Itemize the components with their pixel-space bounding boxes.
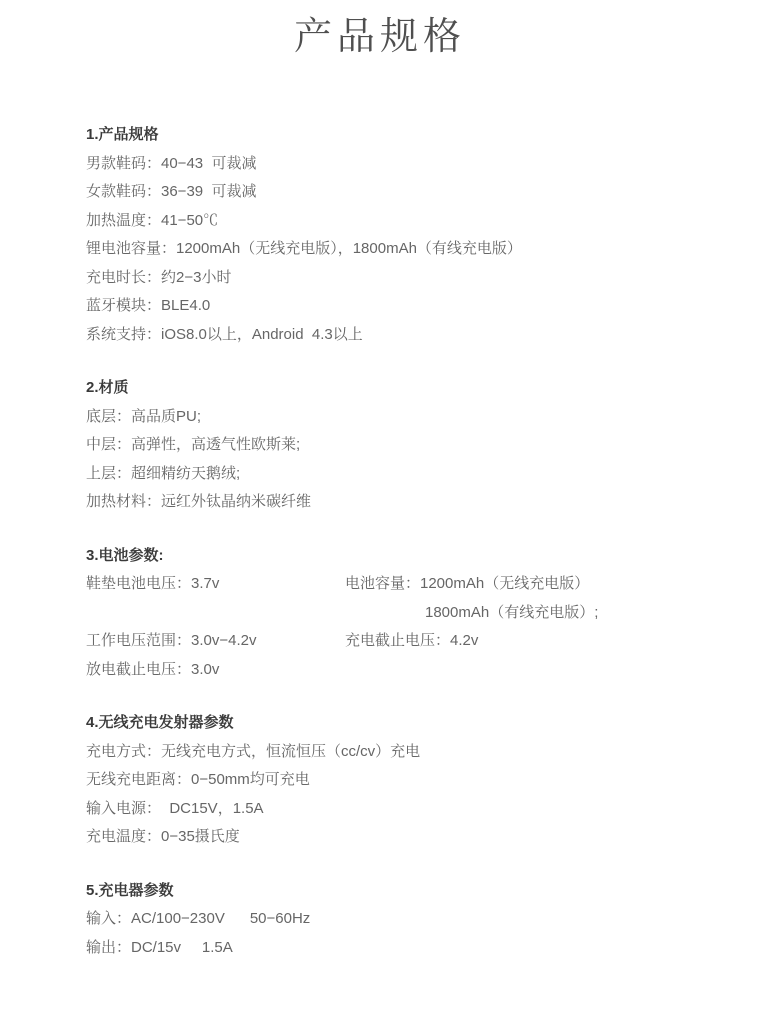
- spec-cell-capacity-wired: 1800mAh（有线充电版）;: [345, 599, 700, 628]
- section-heading: 3.电池参数:: [86, 542, 700, 571]
- section-battery-params: 3.电池参数: 鞋垫电池电压：3.7v 电池容量：1200mAh（无线充电版） …: [86, 542, 700, 685]
- spec-line-charge-duration: 充电时长：约2−3小时: [86, 264, 700, 293]
- spec-line-charge-temp: 充电温度：0−35摄氏度: [86, 823, 700, 852]
- spec-cell-discharge-cutoff: 放电截止电压：3.0v: [86, 656, 345, 685]
- spec-row-voltage-capacity: 鞋垫电池电压：3.7v 电池容量：1200mAh（无线充电版）: [86, 570, 700, 599]
- spec-cell-empty: [86, 599, 345, 628]
- spec-row-capacity-continuation: 1800mAh（有线充电版）;: [86, 599, 700, 628]
- spec-row-working-cutoff: 工作电压范围：3.0v−4.2v 充电截止电压：4.2v: [86, 627, 700, 656]
- spec-cell-battery-capacity: 电池容量：1200mAh（无线充电版）: [345, 570, 700, 599]
- spec-line-heating-temp: 加热温度：41−50℃: [86, 207, 700, 236]
- spec-line-top-layer: 上层：超细精纺天鹅绒;: [86, 460, 700, 489]
- spec-line-bluetooth-module: 蓝牙模块：BLE4.0: [86, 292, 700, 321]
- spec-row-discharge-cutoff: 放电截止电压：3.0v: [86, 656, 700, 685]
- spec-line-charger-input: 输入：AC/100−230V 50−60Hz: [86, 905, 700, 934]
- spec-line-heating-material: 加热材料：远红外钛晶纳米碳纤维: [86, 488, 700, 517]
- spec-line-wireless-distance: 无线充电距离：0−50mm均可充电: [86, 766, 700, 795]
- spec-line-bottom-layer: 底层：高品质PU;: [86, 403, 700, 432]
- spec-content: 1.产品规格 男款鞋码：40−43 可裁减 女款鞋码：36−39 可裁减 加热温…: [0, 121, 760, 962]
- section-wireless-charger-params: 4.无线充电发射器参数 充电方式：无线充电方式，恒流恒压（cc/cv）充电 无线…: [86, 709, 700, 852]
- section-product-specs: 1.产品规格 男款鞋码：40−43 可裁减 女款鞋码：36−39 可裁减 加热温…: [86, 121, 700, 349]
- section-heading: 1.产品规格: [86, 121, 700, 150]
- page-title: 产品规格: [0, 0, 760, 61]
- spec-line-charge-method: 充电方式：无线充电方式，恒流恒压（cc/cv）充电: [86, 738, 700, 767]
- spec-cell-charge-cutoff: 充电截止电压：4.2v: [345, 627, 700, 656]
- spec-line-battery-capacity: 锂电池容量：1200mAh（无线充电版），1800mAh（有线充电版）: [86, 235, 700, 264]
- spec-line-input-power: 输入电源： DC15V，1.5A: [86, 795, 700, 824]
- spec-cell-working-voltage: 工作电压范围：3.0v−4.2v: [86, 627, 345, 656]
- spec-line-charger-output: 输出：DC/15v 1.5A: [86, 934, 700, 963]
- section-heading: 5.充电器参数: [86, 877, 700, 906]
- spec-line-men-shoe-size: 男款鞋码：40−43 可裁减: [86, 150, 700, 179]
- spec-cell-insole-voltage: 鞋垫电池电压：3.7v: [86, 570, 345, 599]
- spec-line-women-shoe-size: 女款鞋码：36−39 可裁减: [86, 178, 700, 207]
- section-materials: 2.材质 底层：高品质PU; 中层：高弹性，高透气性欧斯莱; 上层：超细精纺天鹅…: [86, 374, 700, 517]
- spec-line-middle-layer: 中层：高弹性，高透气性欧斯莱;: [86, 431, 700, 460]
- section-heading: 2.材质: [86, 374, 700, 403]
- section-heading: 4.无线充电发射器参数: [86, 709, 700, 738]
- product-spec-document: 产品规格 1.产品规格 男款鞋码：40−43 可裁减 女款鞋码：36−39 可裁…: [0, 0, 760, 1030]
- spec-cell-empty: [345, 656, 700, 685]
- section-charger-params: 5.充电器参数 输入：AC/100−230V 50−60Hz 输出：DC/15v…: [86, 877, 700, 963]
- spec-line-system-support: 系统支持：iOS8.0以上，Android 4.3以上: [86, 321, 700, 350]
